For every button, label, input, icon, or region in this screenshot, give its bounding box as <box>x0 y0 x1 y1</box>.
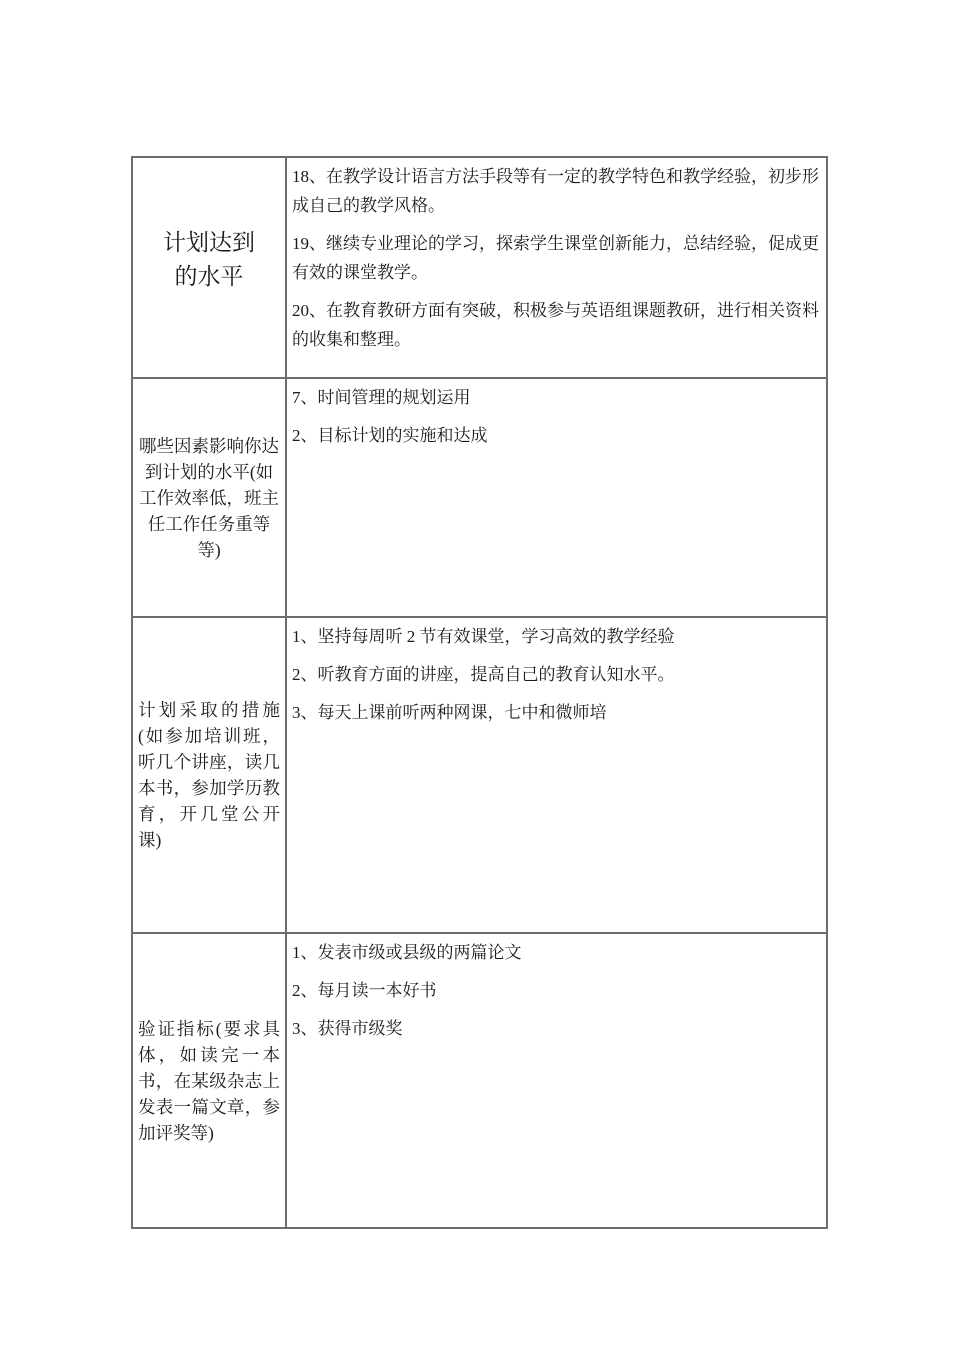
row-header-cell: 验证指标(要求具体，如读完一本书，在某级杂志上发表一篇文章，参加评奖等) <box>133 934 287 1227</box>
row-header-label: 计划采取的措施(如参加培训班，听几个讲座，读几本书，参加学历教育，开几堂公开课) <box>138 697 280 853</box>
content-paragraph: 1、坚持每周听 2 节有效课堂，学习高效的教学经验 <box>292 622 822 651</box>
row-header-label: 计划达到 的水平 <box>163 226 255 294</box>
content-paragraph: 20、在教育教研方面有突破，积极参与英语组课题教研，进行相关资料的收集和整理。 <box>292 296 822 354</box>
row-content-cell: 7、时间管理的规划运用 2、目标计划的实施和达成 <box>287 379 826 618</box>
content-paragraph: 1、发表市级或县级的两篇论文 <box>292 938 822 967</box>
content-paragraph: 3、每天上课前听两种网课，七中和微师培 <box>292 698 822 727</box>
content-paragraph: 18、在教学设计语言方法手段等有一定的教学特色和教学经验，初步形成自己的教学风格… <box>292 162 822 220</box>
content-paragraph: 19、继续专业理论的学习，探索学生课堂创新能力，总结经验，促成更有效的课堂教学。 <box>292 229 822 287</box>
row-header-cell: 计划采取的措施(如参加培训班，听几个讲座，读几本书，参加学历教育，开几堂公开课) <box>133 618 287 934</box>
row-header-label: 验证指标(要求具体，如读完一本书，在某级杂志上发表一篇文章，参加评奖等) <box>138 1016 280 1146</box>
row-header-label: 哪些因素影响你达到计划的水平(如工作效率低，班主任工作任务重等等) <box>138 433 280 563</box>
row-content-cell: 18、在教学设计语言方法手段等有一定的教学特色和教学经验，初步形成自己的教学风格… <box>287 158 826 379</box>
row-content-cell: 1、坚持每周听 2 节有效课堂，学习高效的教学经验 2、听教育方面的讲座，提高自… <box>287 618 826 934</box>
content-paragraph: 3、获得市级奖 <box>292 1014 822 1043</box>
content-paragraph: 2、听教育方面的讲座，提高自己的教育认知水平。 <box>292 660 822 689</box>
content-paragraph: 2、目标计划的实施和达成 <box>292 421 822 450</box>
content-paragraph: 7、时间管理的规划运用 <box>292 383 822 412</box>
content-paragraph: 2、每月读一本好书 <box>292 976 822 1005</box>
row-header-cell: 计划达到 的水平 <box>133 158 287 379</box>
row-header-cell: 哪些因素影响你达到计划的水平(如工作效率低，班主任工作任务重等等) <box>133 379 287 618</box>
plan-table: 计划达到 的水平 18、在教学设计语言方法手段等有一定的教学特色和教学经验，初步… <box>131 156 828 1229</box>
row-content-cell: 1、发表市级或县级的两篇论文 2、每月读一本好书 3、获得市级奖 <box>287 934 826 1227</box>
